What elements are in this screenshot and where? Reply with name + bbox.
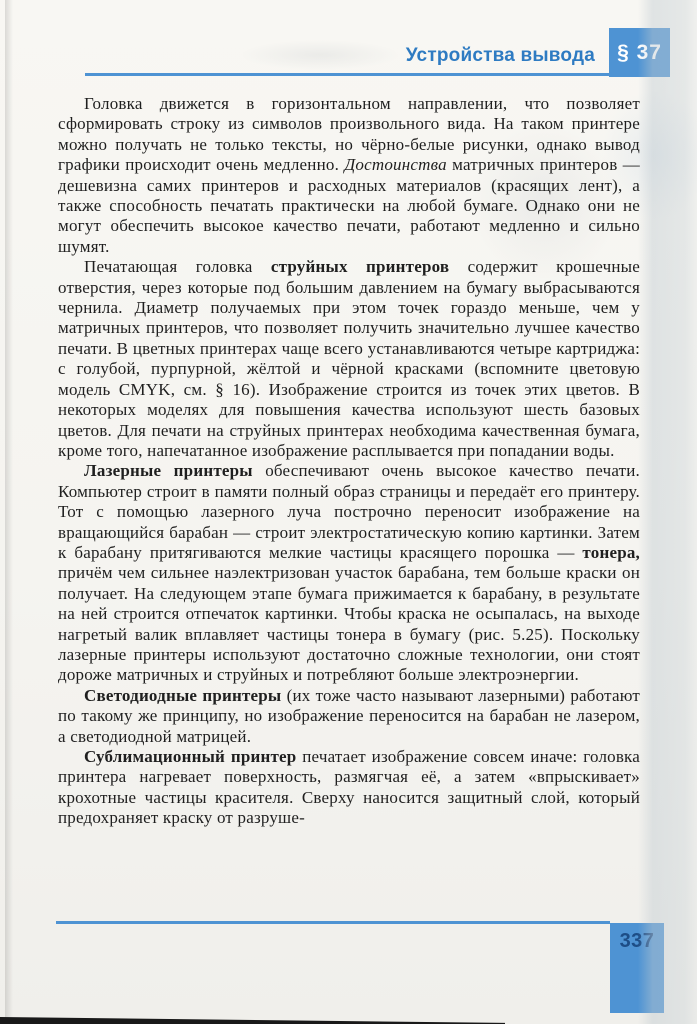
text-run: Достоинства (344, 155, 446, 174)
paragraph: Светодиодные принтеры (их тоже часто наз… (58, 686, 640, 747)
text-run: тонера, (582, 543, 640, 562)
text-run: Светодиодные принтеры (84, 686, 281, 705)
paragraph: Сублимационный принтер печатает изображе… (58, 747, 640, 829)
textbook-page: Устройства вывода § 37 Головка движется … (0, 0, 697, 1024)
running-header-title: Устройства вывода (406, 45, 595, 67)
paragraph: Головка движется в горизонтальном направ… (58, 94, 640, 257)
text-run: Лазерные принтеры (84, 461, 253, 480)
paragraph: Лазерные принтеры обеспечивают очень выс… (58, 461, 640, 685)
header-rule (85, 73, 670, 76)
text-run: содержит крошечные отверстия, через кото… (58, 257, 640, 460)
page-fold-shadow (5, 0, 13, 1024)
scan-edge-shading (638, 0, 697, 1024)
footer-rule (56, 921, 610, 924)
page-body-text: Головка движется в горизонтальном направ… (58, 94, 640, 829)
scan-edge-artifact (0, 1015, 505, 1024)
bleed-through-artifact (240, 40, 400, 70)
text-run: причём чем сильнее наэлектризован участо… (58, 563, 640, 684)
text-run: Сублимационный принтер (84, 747, 296, 766)
paragraph: Печатающая головка струйных принтеров со… (58, 257, 640, 461)
text-run: струйных принтеров (271, 257, 449, 276)
text-run: Печатающая головка (84, 257, 271, 276)
